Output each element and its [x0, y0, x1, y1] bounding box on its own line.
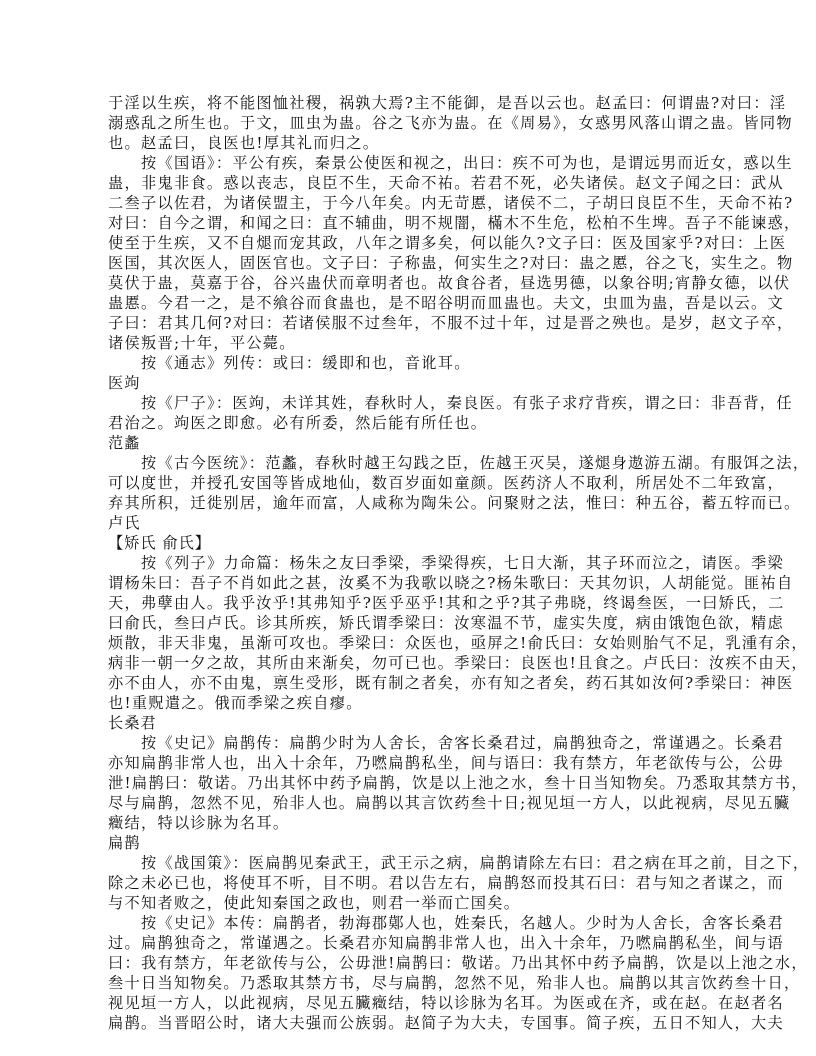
text-line: 按《史记》扁鹊传：扁鹊少时为人舍长，舍客长桑君过，扁鹊独奇之，常谨遇之。长桑君	[108, 733, 712, 753]
text-line: 与不知者败之，使此知秦国之政也，则君一举而亡国矣。	[108, 893, 712, 913]
text-line: 按《列子》力命篇：杨朱之友曰季梁，季梁得疾，七日大渐，其子环而泣之，请医。季梁	[108, 553, 712, 573]
text-line: 叁十日当知物矣。乃悉取其禁方书，尽与扁鹊，忽然不见，殆非人也。扁鹊以其言饮药叁十…	[108, 973, 712, 993]
text-line: 扁鹊。当晋昭公时，诸大夫强而公族弱。赵简子为大夫，专国事。简子疾，五日不知人，大…	[108, 1013, 712, 1033]
text-line: 医国，其次医人，固医官也。文子曰：子称蛊，何实生之?对曰：蛊之慝，谷之飞，实生之…	[108, 253, 712, 273]
section-heading: 【矫氏 俞氏】	[108, 533, 712, 553]
paragraph: 按《古今医统》：范蠡，春秋时越王勾践之臣，佐越王灭吴，遂煺身遨游五湖。有服饵之法…	[108, 453, 712, 513]
text-line: 蛊慝。今君一之，是不飨谷而食蛊也，是不昭谷明而皿蛊也。夫文，虫皿为蛊，吾是以云。…	[108, 293, 712, 313]
text-line: 君治之。竘医之即愈。必有所委，然后能有所任也。	[108, 413, 712, 433]
section-heading: 扁鹊	[108, 833, 712, 853]
text-line: 也!重贶遣之。俄而季梁之疾自瘳。	[108, 693, 712, 713]
section-heading: 范蠡	[108, 433, 712, 453]
text-line: 于淫以生疾，将不能图恤社稷，祸孰大焉?主不能御，是吾以云也。赵孟曰：何谓蛊?对曰…	[108, 93, 712, 113]
text-line: 尽与扁鹊，忽然不见，殆非人也。扁鹊以其言饮药叁十日;视见垣一方人，以此视病，尽见…	[108, 793, 712, 813]
text-line: 亦不由人，亦不由鬼，禀生受形，既有制之者矣，亦有知之者矣，药石其如汝何?季梁曰：…	[108, 673, 712, 693]
text-line: 亦知扁鹊非常人也，出入十余年，乃嘫扁鹊私坐，间与语曰：我有禁方，年老欲传与公，公…	[108, 753, 712, 773]
text-line: 烦散，非天非鬼，虽渐可攻也。季梁曰：众医也，亟屏之!俞氏曰：女始则胎气不足，乳湩…	[108, 633, 712, 653]
paragraph: 按《史记》本传：扁鹊者，勃海郡鄚人也，姓秦氏，名越人。少时为人舍长，舍客长桑君过…	[108, 913, 712, 1033]
section-heading: 卢氏	[108, 513, 712, 533]
text-line: 除之未必已也，将使耳不听，目不明。君以告左右，扁鹊怒而投其石曰：君与知之者谋之，…	[108, 873, 712, 893]
text-line: 可以度世，并授孔安国等皆成地仙，数百岁面如童颜。医药济人不取利，所居处不二年致富…	[108, 473, 712, 493]
text-line: 按《史记》本传：扁鹊者，勃海郡鄚人也，姓秦氏，名越人。少时为人舍长，舍客长桑君	[108, 913, 712, 933]
text-line: 按《尸子》：医竘，未详其姓，春秋时人，秦良医。有张子求疗背疾，谓之曰：非吾背，任	[108, 393, 712, 413]
paragraph: 于淫以生疾，将不能图恤社稷，祸孰大焉?主不能御，是吾以云也。赵孟曰：何谓蛊?对曰…	[108, 93, 712, 153]
text-line: 曰俞氏，叁曰卢氏。诊其所疾，矫氏谓季梁曰：汝寒温不节，虚实失度，病由饿饱色欲，精…	[108, 613, 712, 633]
text-line: 子曰：君其几何?对曰：若诸侯服不过叁年，不服不过十年，过是晋之殃也。是岁，赵文子…	[108, 313, 712, 333]
section-heading: 长桑君	[108, 713, 712, 733]
text-line: 泄!扁鹊曰：敬诺。乃出其怀中药予扁鹊，饮是以上池之水，叁十日当知物矣。乃悉取其禁…	[108, 773, 712, 793]
text-line: 也。赵孟曰，良医也!厚其礼而归之。	[108, 133, 712, 153]
paragraph: 按《国语》：平公有疾，秦景公使医和视之，出曰：疾不可为也，是谓远男而近女，惑以生…	[108, 153, 712, 353]
text-line: 对曰：自今之谓，和闻之曰：直不辅曲，明不规闇，樠木不生危，松柏不生埤。吾子不能谏…	[108, 213, 712, 233]
paragraph: 按《尸子》：医竘，未详其姓，春秋时人，秦良医。有张子求疗背疾，谓之曰：非吾背，任…	[108, 393, 712, 433]
text-line: 按《通志》列传：或曰：缓即和也，音讹耳。	[108, 353, 712, 373]
text-line: 天，弗孽由人。我乎汝乎!其弗知乎?医乎巫乎!其和之乎?其子弗晓，终谒叁医，一曰矫…	[108, 593, 712, 613]
paragraph: 按《史记》扁鹊传：扁鹊少时为人舍长，舍客长桑君过，扁鹊独奇之，常谨遇之。长桑君亦…	[108, 733, 712, 833]
text-line: 癥结，特以诊脉为名耳。	[108, 813, 712, 833]
text-line: 诸侯叛晋;十年，平公薨。	[108, 333, 712, 353]
document-page: 于淫以生疾，将不能图恤社稷，祸孰大焉?主不能御，是吾以云也。赵孟曰：何谓蛊?对曰…	[108, 93, 712, 1033]
paragraph: 按《战国策》：医扁鹊见秦武王，武王示之病，扁鹊请除左右曰：君之病在耳之前，目之下…	[108, 853, 712, 913]
text-line: 曰：我有禁方，年老欲传与公，公毋泄!扁鹊曰：敬诺。乃出其怀中药予扁鹊，饮是以上池…	[108, 953, 712, 973]
text-line: 按《战国策》：医扁鹊见秦武王，武王示之病，扁鹊请除左右曰：君之病在耳之前，目之下…	[108, 853, 712, 873]
text-line: 按《国语》：平公有疾，秦景公使医和视之，出曰：疾不可为也，是谓远男而近女，惑以生	[108, 153, 712, 173]
text-line: 过。扁鹊独奇之，常谨遇之。长桑君亦知扁鹊非常人也，出入十余年，乃嘫扁鹊私坐，间与…	[108, 933, 712, 953]
text-line: 二叁子以佐君，为诸侯盟主，于今八年矣。内无苛慝，诸侯不二，子胡曰良臣不生，天命不…	[108, 193, 712, 213]
text-line: 按《古今医统》：范蠡，春秋时越王勾践之臣，佐越王灭吴，遂煺身遨游五湖。有服饵之法…	[108, 453, 712, 473]
text-line: 溺惑乱之所生也。于文，皿虫为蛊。谷之飞亦为蛊。在《周易》，女惑男风落山谓之蛊。皆…	[108, 113, 712, 133]
paragraph: 按《通志》列传：或曰：缓即和也，音讹耳。	[108, 353, 712, 373]
paragraph: 按《列子》力命篇：杨朱之友曰季梁，季梁得疾，七日大渐，其子环而泣之，请医。季梁谓…	[108, 553, 712, 713]
text-line: 莫伏于蛊，莫嘉于谷，谷兴蛊伏而章明者也。故食谷者，昼选男德，以象谷明;宵静女德，…	[108, 273, 712, 293]
text-line: 蛊，非鬼非食。惑以丧志，良臣不生，天命不祐。若君不死，必失诸侯。赵文子闻之曰：武…	[108, 173, 712, 193]
section-heading: 医竘	[108, 373, 712, 393]
text-line: 视见垣一方人，以此视病，尽见五臟癥结，特以诊脉为名耳。为医或在齐，或在赵。在赵者…	[108, 993, 712, 1013]
text-line: 使至于生疾，又不自煺而宠其政，八年之谓多矣，何以能久?文子曰：医及国家乎?对曰：…	[108, 233, 712, 253]
text-line: 病非一朝一夕之故，其所由来渐矣，勿可已也。季梁曰：良医也!且食之。卢氏曰：汝疾不…	[108, 653, 712, 673]
text-line: 弃其所积，迁徙别居，逾年而富，人咸称为陶朱公。问聚财之法，惟曰：种五谷，蓄五牸而…	[108, 493, 712, 513]
text-line: 谓杨朱曰：吾子不肖如此之甚，汝奚不为我歌以晓之?杨朱歌曰：天其勿识，人胡能觉。匪…	[108, 573, 712, 593]
